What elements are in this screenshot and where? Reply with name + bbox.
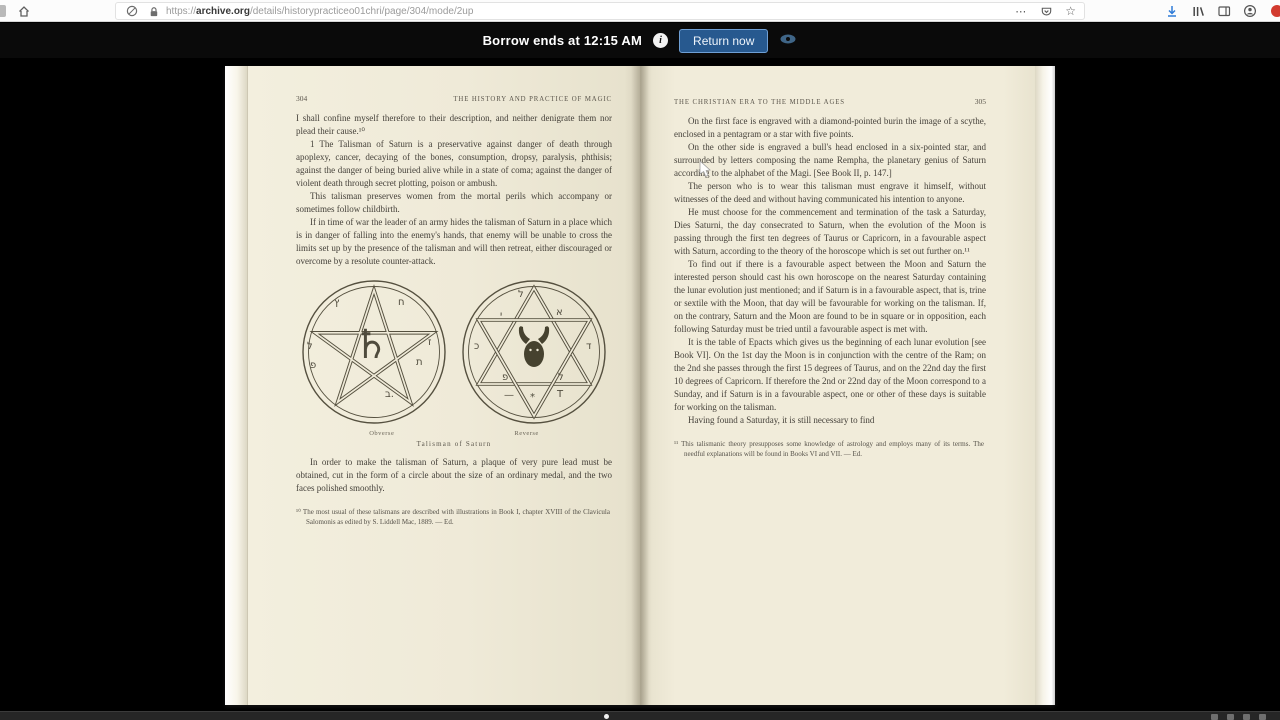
reverse-sigil: * xyxy=(530,393,535,403)
bookmark-star-icon[interactable]: ☆ xyxy=(1065,4,1076,18)
info-icon[interactable]: i xyxy=(653,33,668,48)
reverse-sigil: ד xyxy=(586,342,591,352)
library-icon[interactable] xyxy=(1190,3,1206,19)
left-page-text: I shall confine myself therefore to thei… xyxy=(296,112,612,268)
talisman-illustration: ץ ח ל פ ז ת ב. ♄ xyxy=(296,278,612,426)
book-spread: 304 THE HISTORY AND PRACTICE OF MAGIC I … xyxy=(225,66,1055,705)
book-paragraph: 1 The Talisman of Saturn is a preservati… xyxy=(296,138,612,190)
reverse-sigil: י xyxy=(500,311,502,321)
obverse-sigil: ב. xyxy=(385,390,394,400)
site-info-icon[interactable] xyxy=(124,3,140,19)
book-paragraph: On the other side is engraved a bull's h… xyxy=(674,141,986,180)
address-bar[interactable]: https://archive.org/details/historypract… xyxy=(115,2,1085,20)
fullscreen-icon[interactable] xyxy=(1259,714,1266,720)
zoom-in-icon[interactable] xyxy=(1227,714,1234,720)
talisman-side-labels: Obverse Reverse xyxy=(296,430,612,437)
book-paragraph: He must choose for the commencement and … xyxy=(674,206,986,258)
left-page-edges[interactable] xyxy=(225,66,248,705)
borrow-status-bar: Borrow ends at 12:15 AM i Return now xyxy=(0,23,1280,58)
obverse-label: Obverse xyxy=(369,430,394,437)
right-page[interactable]: THE CHRISTIAN ERA TO THE MIDDLE AGES 305… xyxy=(640,66,1035,705)
talisman-caption: Talisman of Saturn xyxy=(296,440,612,448)
return-now-button[interactable]: Return now xyxy=(679,29,768,53)
left-page-text-after: In order to make the talisman of Saturn,… xyxy=(296,456,612,495)
account-icon[interactable] xyxy=(1242,3,1258,19)
reverse-sigil: T xyxy=(557,390,563,400)
left-page-header: 304 THE HISTORY AND PRACTICE OF MAGIC xyxy=(296,94,612,103)
right-page-text: On the first face is engraved with a dia… xyxy=(674,115,986,427)
reader-bottom-toolbar[interactable] xyxy=(0,711,1280,720)
book-paragraph: The person who is to wear this talisman … xyxy=(674,180,986,206)
lock-icon[interactable] xyxy=(145,3,161,19)
left-page[interactable]: 304 THE HISTORY AND PRACTICE OF MAGIC I … xyxy=(248,66,640,705)
book-paragraph: This talisman preserves women from the m… xyxy=(296,190,612,216)
right-page-header: THE CHRISTIAN ERA TO THE MIDDLE AGES 305 xyxy=(674,97,986,106)
reverse-sigil: פ xyxy=(502,373,508,383)
obverse-sigil: ל xyxy=(307,342,313,352)
url-protocol: https:// xyxy=(166,6,196,17)
page-actions-icon[interactable]: ⋯ xyxy=(1015,5,1027,18)
obverse-sigil: ץ xyxy=(334,298,339,308)
book-paragraph: On the first face is engraved with a dia… xyxy=(674,115,986,141)
reverse-sigil: כ xyxy=(474,342,479,352)
reverse-sigil: ל xyxy=(558,373,564,383)
extension-red-icon[interactable] xyxy=(1268,3,1280,19)
left-page-footnote: ¹⁰ The most usual of these talismans are… xyxy=(296,508,612,527)
obverse-sigil: פ xyxy=(310,361,316,371)
eye-icon[interactable] xyxy=(779,32,797,50)
book-paragraph: In order to make the talisman of Saturn,… xyxy=(296,456,612,495)
reverse-sigil: — xyxy=(504,391,514,401)
browser-nav-left xyxy=(0,0,32,22)
obverse-sigil: ז xyxy=(428,338,431,348)
right-running-header: THE CHRISTIAN ERA TO THE MIDDLE AGES xyxy=(674,99,845,106)
obverse-sigil: ת xyxy=(416,358,423,368)
book-paragraph: If in time of war the leader of an army … xyxy=(296,216,612,268)
url-path: /details/historypracticeo01chri/page/304… xyxy=(250,6,473,17)
talisman-reverse-illustration: ל י א כ ד פ ל — * T xyxy=(460,278,608,426)
pocket-icon[interactable] xyxy=(1038,3,1054,19)
bull-head xyxy=(519,326,549,367)
browser-nav-right xyxy=(1164,0,1280,22)
right-page-footnote: ¹¹ This talismanic theory presupposes so… xyxy=(674,440,986,459)
url-domain: archive.org xyxy=(196,6,250,17)
left-page-number: 304 xyxy=(296,94,307,103)
reverse-label: Reverse xyxy=(514,430,538,437)
saturn-symbol: ♄ xyxy=(353,322,389,368)
talisman-obverse-illustration: ץ ח ל פ ז ת ב. ♄ xyxy=(300,278,448,426)
sidebar-icon[interactable] xyxy=(1216,3,1232,19)
book-paragraph: It is the table of Epacts which gives us… xyxy=(674,336,986,414)
home-icon[interactable] xyxy=(16,3,32,19)
left-running-header: THE HISTORY AND PRACTICE OF MAGIC xyxy=(453,96,612,103)
reverse-sigil: א xyxy=(556,308,563,318)
reader-toolbar-icons[interactable] xyxy=(1211,714,1266,720)
url-text: https://archive.org/details/historypract… xyxy=(166,6,473,17)
reverse-sigil: ל xyxy=(518,290,524,300)
right-page-number: 305 xyxy=(975,97,986,106)
borrow-message: Borrow ends at 12:15 AM xyxy=(483,33,642,48)
zoom-out-icon[interactable] xyxy=(1211,714,1218,720)
right-page-edges[interactable] xyxy=(1035,66,1055,705)
download-icon[interactable] xyxy=(1164,3,1180,19)
browser-toolbar: https://archive.org/details/historypract… xyxy=(0,0,1280,22)
obverse-sigil: ח xyxy=(398,298,405,308)
book-paragraph: I shall confine myself therefore to thei… xyxy=(296,112,612,138)
progress-marker[interactable] xyxy=(604,714,609,719)
two-page-icon[interactable] xyxy=(1243,714,1250,720)
book-paragraph: Having found a Saturday, it is still nec… xyxy=(674,414,986,427)
book-paragraph: To find out if there is a favourable asp… xyxy=(674,258,986,336)
partial-toolbar-icon[interactable] xyxy=(0,5,6,17)
